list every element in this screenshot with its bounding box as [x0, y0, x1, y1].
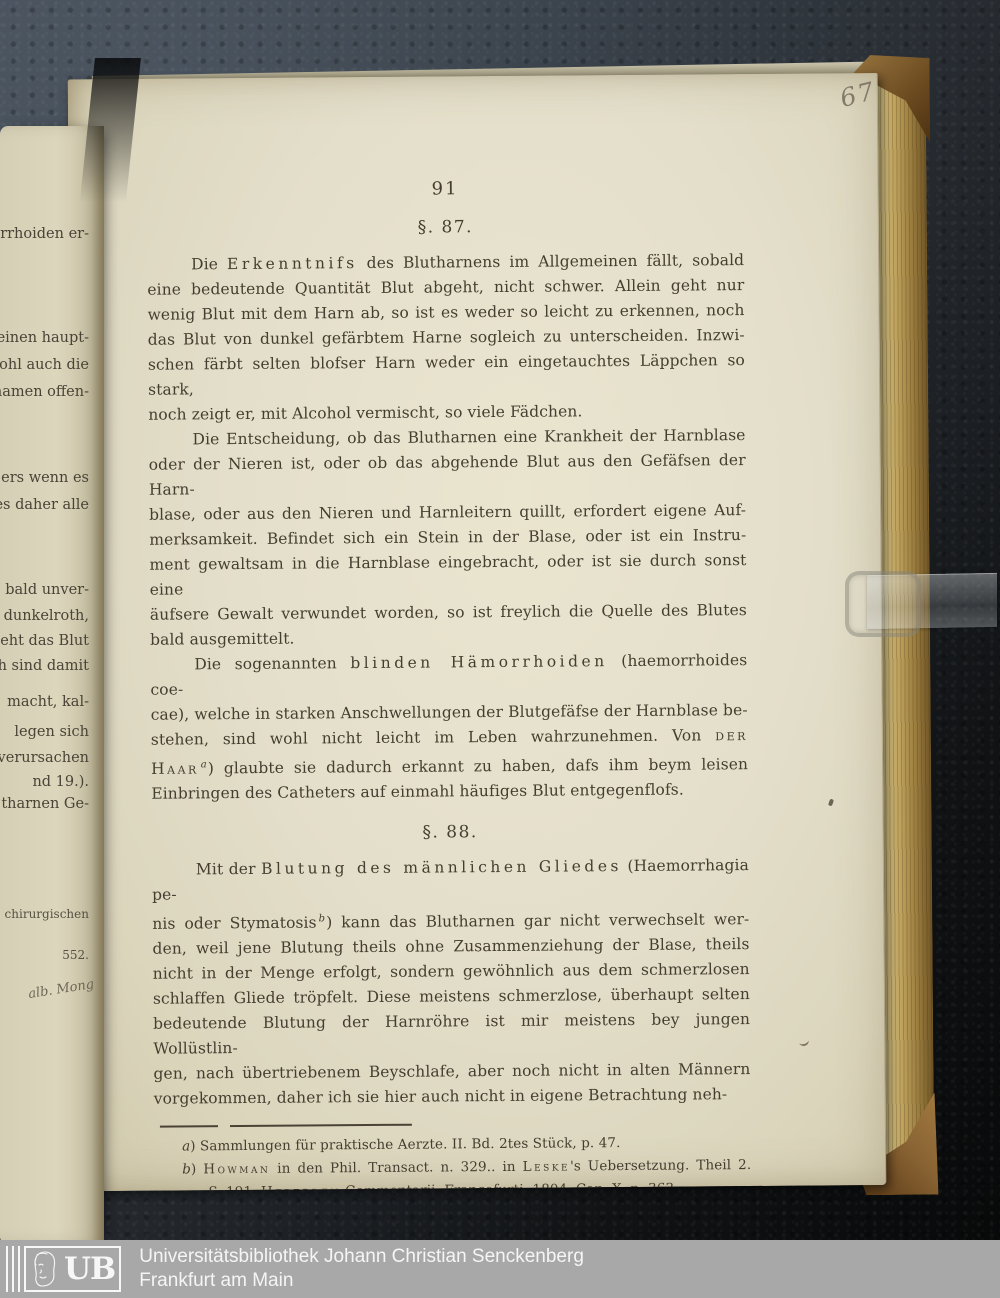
- left-page-text-fragment: ohl auch die: [0, 357, 89, 373]
- text-line: schen färbt selten blofser Harn weder ei…: [148, 348, 745, 403]
- paragraph: Die sogenannten blinden Hämorrhoiden (ha…: [150, 648, 748, 807]
- footnotes: a) Sammlungen für praktische Aerzte. II.…: [182, 1131, 752, 1191]
- left-page-text-fragment: nd 19.).: [32, 774, 89, 790]
- left-page-text-fragment: ers wenn es: [1, 470, 89, 486]
- left-page-text-fragment: chirurgischen: [5, 907, 89, 921]
- film-loop: [845, 571, 921, 637]
- paragraph: Die Entscheidung, ob das Blutharnen eine…: [148, 423, 747, 653]
- text-segment: gen, nach übertriebenem Beyschlafe, aber…: [153, 1060, 750, 1083]
- text-segment: Mit der: [196, 860, 261, 879]
- section-heading: §. 88.: [152, 818, 749, 848]
- left-page-text-fragment: macht, kal-: [7, 694, 89, 710]
- text-line: oder der Nieren ist, oder ob das abgehen…: [149, 448, 746, 503]
- text-line: vorgekommen, daher ich sie hier auch nic…: [154, 1082, 751, 1112]
- footnote: b) Howman in den Phil. Transact. n. 329.…: [182, 1154, 751, 1191]
- library-banner: UB Universitätsbibliothek Johann Christi…: [0, 1240, 1000, 1298]
- text-line: äufsere Gewalt verwundet worden, so ist …: [150, 598, 747, 628]
- left-page-text-fragment: namen offen-: [0, 384, 89, 400]
- text-segment: ) kann das Blutharnen gar nicht verwechs…: [326, 910, 749, 931]
- text-segment: 's Uebersetzung. Theil 2.: [570, 1157, 751, 1174]
- left-page-text-fragment: h sind damit: [0, 658, 89, 674]
- text-segment: Einbringen des Catheters auf einmahl häu…: [151, 781, 684, 803]
- text-segment: noch zeigt er, mit Alcohol vermischt, so…: [148, 402, 582, 423]
- text-segment: schlaffen Gliede tröpfelt. Diese meisten…: [153, 985, 750, 1008]
- left-page-text-fragment: bald unver-: [5, 582, 89, 598]
- ub-logo-frame: UB: [24, 1246, 121, 1292]
- text-segment: ) glaubte sie dadurch erkannt zu haben, …: [208, 755, 748, 777]
- ub-logo-text: UB: [64, 1254, 115, 1285]
- left-page-text-fragment: tharnen Ge-: [1, 796, 89, 812]
- paragraph: Mit der Blutung des männlichen Gliedes (…: [152, 853, 751, 1112]
- text-segment: Die Entscheidung, ob das Blutharnen eine…: [192, 426, 745, 448]
- book-page-block: 91 §. 87.Die Erkenntnifs des Blutharnens…: [58, 55, 939, 1202]
- banner-text: Universitätsbibliothek Johann Christian …: [139, 1245, 584, 1293]
- text-segment: blinden Hämorrhoiden: [350, 652, 607, 672]
- text-segment: Haar: [151, 760, 199, 778]
- text-segment: das Blut von dunkel gefärbtem Harne sogl…: [148, 326, 745, 349]
- text-segment: stehen, sind wohl nicht leicht im Leben …: [151, 726, 715, 748]
- text-line: Haara) glaubte sie dadurch erkannt zu ha…: [151, 748, 748, 782]
- text-segment: Howman: [203, 1161, 270, 1178]
- handwritten-margin-note: alb. Mong: [27, 977, 95, 1002]
- text-segment: ment gewaltsam in die Harnblase eingebra…: [149, 551, 746, 599]
- text-segment: b: [319, 914, 326, 925]
- text-segment: ): [191, 1162, 203, 1178]
- text-segment: der: [715, 726, 748, 744]
- text-segment: ) Sammlungen für praktische Aerzte. II. …: [190, 1135, 620, 1154]
- text-segment: Die sogenannten: [194, 654, 350, 673]
- left-page-text-fragment: dunkelroth,: [4, 608, 89, 624]
- text-segment: a: [201, 759, 207, 770]
- left-page-edge: alb. Mong orrhoiden er-einen haupt-ohl a…: [0, 126, 104, 1243]
- institution-city: Frankfurt am Main: [139, 1269, 584, 1293]
- text-segment: des Blutharnens im Allgemeinen fällt, so…: [358, 251, 745, 272]
- text-line: Einbringen des Catheters auf einmahl häu…: [151, 777, 748, 807]
- text-segment: Commentarii. Francofurti, 1804. Cap. X. …: [341, 1181, 679, 1191]
- text-segment: blase, oder aus den Nieren und Harnleite…: [149, 501, 746, 524]
- text-segment: äufsere Gewalt verwundet worden, so ist …: [150, 601, 747, 624]
- text-block: §. 87.Die Erkenntnifs des Blutharnens im…: [147, 213, 751, 1112]
- text-segment: Erkenntnifs: [227, 254, 358, 273]
- text-segment: in den Phil. Transact. n. 329.. in: [270, 1159, 522, 1177]
- left-page-text-fragment: einen haupt-: [0, 330, 89, 346]
- scanned-page: 91 §. 87.Die Erkenntnifs des Blutharnens…: [68, 73, 887, 1191]
- text-segment: bedeutende Blutung der Harnröhre ist mir…: [153, 1010, 750, 1058]
- text-line: bedeutende Blutung der Harnröhre ist mir…: [153, 1007, 750, 1062]
- text-segment: nis oder Stymatosis: [152, 914, 316, 933]
- text-segment: wenig Blut mit dem Harn ab, so ist es we…: [147, 301, 744, 324]
- text-segment: bald ausgemittelt.: [150, 630, 295, 649]
- left-page-text-fragment: legen sich: [14, 724, 89, 740]
- transparent-film-tab: [845, 567, 997, 639]
- left-page-text-fragment: es daher alle: [0, 497, 89, 513]
- ub-logo: UB: [6, 1245, 121, 1293]
- text-line: Mit der Blutung des männlichen Gliedes (…: [152, 853, 749, 908]
- text-line: ment gewaltsam in die Harnblase eingebra…: [149, 548, 746, 603]
- text-segment: eine bedeutende Quantität Blut abgeht, n…: [147, 276, 744, 299]
- text-segment: vorgekommen, daher ich sie hier auch nic…: [154, 1086, 728, 1109]
- text-segment: Blutung des männlichen Gliedes: [261, 857, 622, 878]
- text-segment: cae), welche in starken Anschwellungen d…: [151, 701, 748, 724]
- left-page-text-fragment: 552.: [62, 948, 89, 962]
- goethe-portrait-icon: [28, 1249, 62, 1289]
- institution-name: Universitätsbibliothek Johann Christian …: [139, 1245, 584, 1269]
- paragraph: Die Erkenntnifs des Blutharnens im Allge…: [147, 248, 745, 428]
- text-segment: Heberden: [261, 1184, 341, 1192]
- text-line: Die sogenannten blinden Hämorrhoiden (ha…: [150, 648, 747, 703]
- text-segment: den, weil jene Blutung theils ohne Zusam…: [152, 935, 749, 958]
- text-segment: nicht in der Menge erfolgt, sondern gewö…: [153, 960, 750, 983]
- text-segment: Die: [191, 255, 227, 273]
- footnote-separator: [160, 1124, 412, 1128]
- book-spines-icon: [6, 1246, 22, 1292]
- text-segment: merksamkeit. Befindet sich ein Stein in …: [149, 526, 746, 549]
- text-segment: S. 191.: [208, 1184, 261, 1191]
- text-segment: schen färbt selten blofser Harn weder ei…: [148, 351, 745, 399]
- text-segment: oder der Nieren ist, oder ob das abgehen…: [149, 451, 746, 499]
- text-line: nis oder Stymatosisb) kann das Blutharne…: [152, 903, 749, 937]
- text-segment: b: [182, 1162, 191, 1178]
- section-heading: §. 87.: [147, 213, 744, 243]
- text-segment: Leske: [523, 1159, 571, 1175]
- page-number: 91: [146, 176, 743, 202]
- left-page-text-fragment: verursachen: [0, 750, 89, 766]
- left-page-text-fragment: orrhoiden er-: [0, 226, 89, 242]
- left-page-text-fragment: eht das Blut: [0, 633, 89, 649]
